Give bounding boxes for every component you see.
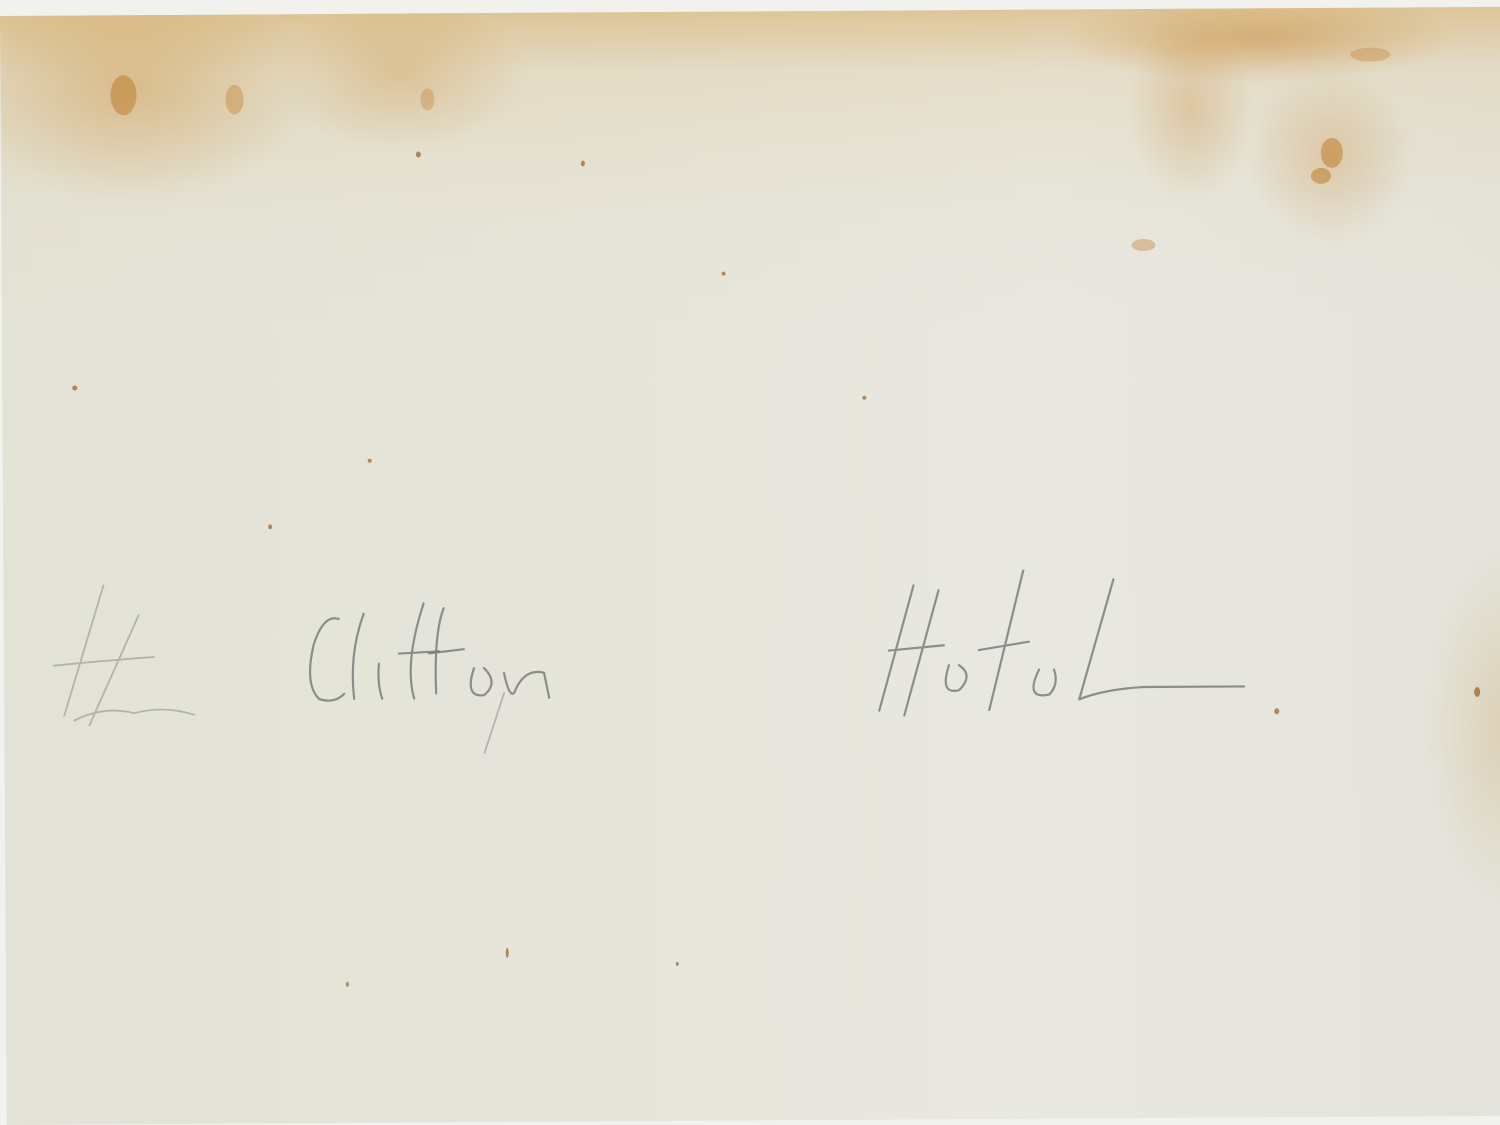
- speck: [368, 459, 372, 463]
- foxing-stain: [225, 85, 243, 115]
- foxing-stain: [1350, 48, 1390, 62]
- speck: [72, 386, 77, 391]
- foxing-stain: [110, 75, 136, 115]
- aged-paper-sheet: G. Clifton Hotel: [0, 7, 1500, 1125]
- speck: [722, 272, 726, 276]
- foxing-stain: [420, 88, 434, 110]
- speck: [1474, 687, 1480, 697]
- speck: [416, 151, 421, 157]
- speck: [268, 524, 272, 529]
- foxing-stain: [1311, 168, 1331, 184]
- speck: [862, 396, 866, 400]
- speck: [346, 982, 349, 987]
- handwriting-strokes: [43, 568, 1304, 766]
- speck: [581, 160, 585, 166]
- speck: [676, 962, 679, 966]
- foxing-stain: [1131, 239, 1155, 251]
- foxing-stain: [1321, 138, 1343, 168]
- speck: [506, 948, 509, 958]
- pencil-inscription: G. Clifton Hotel: [43, 568, 1304, 766]
